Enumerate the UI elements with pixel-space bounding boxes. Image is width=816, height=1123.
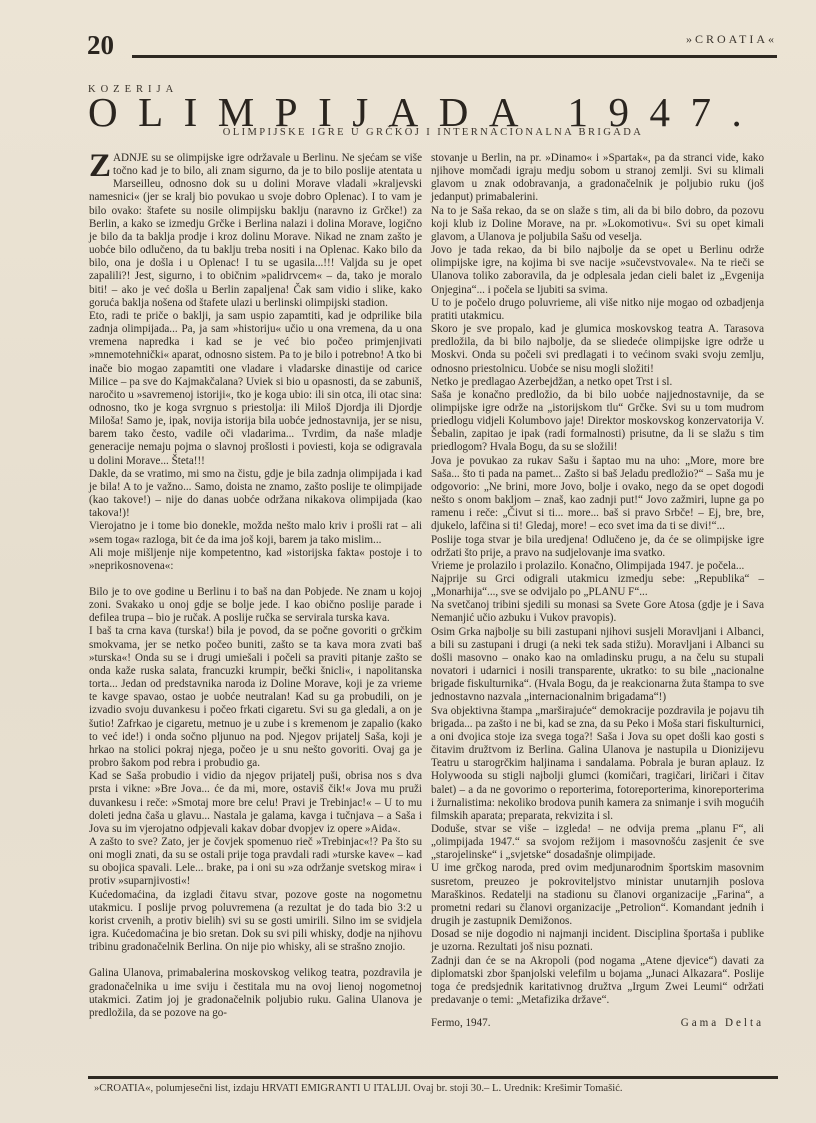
paragraph: Zadnji dan će se na Akropoli (pod nogama… bbox=[431, 955, 764, 1008]
author-signature: Gama Delta bbox=[681, 1017, 764, 1030]
footer-rule bbox=[88, 1076, 778, 1079]
newspaper-page: 20 »CROATIA« KOZERIJA OLIMPIJADA 1947. O… bbox=[0, 0, 816, 1123]
drop-cap: Z bbox=[89, 153, 111, 179]
paragraph: Eto, radi te priče o baklji, ja sam uspi… bbox=[89, 310, 422, 468]
header-rule bbox=[132, 55, 777, 58]
paragraph: Na svetčanoj tribini sjedili su monasi s… bbox=[431, 599, 764, 625]
right-column: stovanje u Berlin, na pr. »Dinamo« i »Sp… bbox=[431, 152, 764, 1030]
article-subtitle: OLIMPIJSKE IGRE U GRČKOJ I INTERNACIONAL… bbox=[88, 127, 778, 138]
running-head: 20 »CROATIA« bbox=[87, 30, 777, 64]
paragraph: Netko je predlagao Azerbejdžan, a netko … bbox=[431, 376, 764, 389]
paragraph: U ime grčkog naroda, pred ovim medjunaro… bbox=[431, 862, 764, 928]
place-date: Fermo, 1947. bbox=[431, 1017, 490, 1030]
paragraph: Dosad se nije dogodio ni najmanji incide… bbox=[431, 928, 764, 954]
paragraph: Kad se Saša probudio i vidio da njegov p… bbox=[89, 770, 422, 836]
colophon: »CROATIA«, polumjesečni list, izdaju HRV… bbox=[94, 1083, 784, 1094]
paragraph: Poslije toga stvar je bila uredjena! Odl… bbox=[431, 534, 764, 560]
paragraph: Ali moje mišljenje nije kompetentno, kad… bbox=[89, 547, 422, 573]
paragraph: Vrieme je prolazilo i prolazilo. Konačno… bbox=[431, 560, 764, 573]
paragraph: Galina Ulanova, primabalerina moskovskog… bbox=[89, 967, 422, 1020]
left-column: ZADNJE su se olimpijske igre održavale u… bbox=[89, 152, 422, 1020]
paragraph: I baš ta crna kava (turska!) bila je pov… bbox=[89, 625, 422, 770]
paragraph: Jova je povukao za rukav Sašu i šaptao m… bbox=[431, 455, 764, 534]
paragraph: Dakle, da se vratimo, mi smo na čistu, g… bbox=[89, 468, 422, 521]
journal-name: »CROATIA« bbox=[686, 32, 777, 47]
paragraph: Saša je konačno predložio, da bi bilo uo… bbox=[431, 389, 764, 455]
paragraph: A zašto to sve? Zato, jer je čovjek spom… bbox=[89, 836, 422, 889]
page-number: 20 bbox=[87, 30, 114, 61]
paragraph: Vierojatno je i tome bio donekle, možda … bbox=[89, 520, 422, 546]
paragraph: Najprije su Grci odigrali utakmicu izmed… bbox=[431, 573, 764, 599]
paragraph: Kućedomaćina, da izgladi čitavu stvar, p… bbox=[89, 889, 422, 955]
paragraph: Osim Grka najbolje su bili zastupani nji… bbox=[431, 626, 764, 705]
paragraph: stovanje u Berlin, na pr. »Dinamo« i »Sp… bbox=[431, 152, 764, 205]
paragraph: Bilo je to ove godine u Berlinu i to baš… bbox=[89, 586, 422, 625]
paragraph: U to je počelo drugo poluvrieme, ali viš… bbox=[431, 297, 764, 323]
article-closing: Fermo, 1947. Gama Delta bbox=[431, 1017, 764, 1030]
paragraph: ZADNJE su se olimpijske igre održavale u… bbox=[89, 152, 422, 310]
paragraph: Doduše, stvar se više – izgleda! – ne od… bbox=[431, 823, 764, 862]
paragraph: Skoro je sve propalo, kad je glumica mos… bbox=[431, 323, 764, 376]
paragraph: Na to je Saša rekao, da se on slaže s ti… bbox=[431, 205, 764, 244]
paragraph: Sva objektivna štampa „marširajuće“ demo… bbox=[431, 705, 764, 823]
paragraph: Jovo je tada rekao, da bi bilo najbolje … bbox=[431, 244, 764, 297]
